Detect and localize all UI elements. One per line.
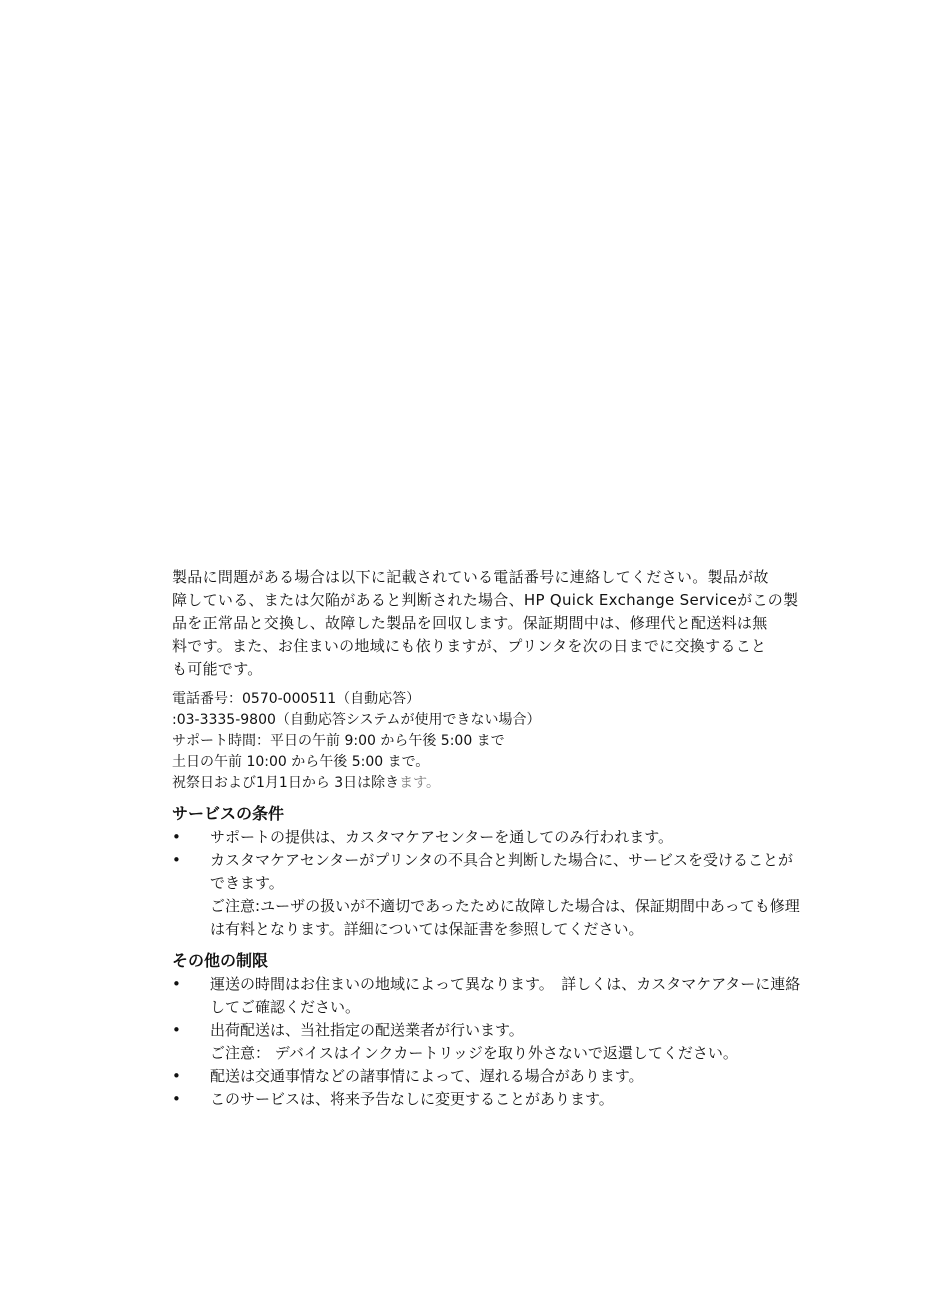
service-conditions-heading: サービスの条件 [172,802,808,826]
service-conditions-note: ご注意:ユーザの扱いが不適切であったために故障した場合は、保証期間中あっても修理… [172,895,808,941]
other-limitations-heading: その他の制限 [172,949,808,973]
intro-line: 障している、または欠陥があると判断された場合、HP Quick Exchange… [172,589,808,612]
list-item-text: サポートの提供は、カスタマケアセンターを通してのみ行われます。 [210,828,673,846]
holiday-exclusion: 祝祭日および1月1日から 3日は除きます。 [172,773,808,794]
bullet-icon: • [172,849,182,872]
note-text: :ユーザの扱いが不適切であったために故障した場合は、保証期間中あっても修理は有料… [210,897,800,938]
intro-line: も可能です。 [172,658,808,681]
list-item-text: カスタマケアセンターがプリンタの不具合と判断した場合に、サービスを受けることがで… [210,851,793,892]
intro-paragraph: 製品に問題がある場合は以下に記載されている電話番号に連絡してください。製品が故 … [172,566,808,681]
list-item-text: 出荷配送は、当社指定の配送業者が行います。 [210,1021,524,1039]
bullet-icon: • [172,1019,182,1042]
list-item-text: このサービスは、将来予告なしに変更することがあります。 [210,1090,614,1108]
other-limitations-list: • 運送の時間はお住まいの地域によって異なります。 詳しくは、カスタマケアターに… [172,973,808,1042]
holiday-exclusion-text: 祝祭日および1月1日から 3日は除き [172,775,399,791]
holiday-exclusion-suffix: ます。 [399,775,440,791]
note-label: ご注意 [210,897,255,915]
phone-number-line: 電話番号：0570-000511（自動応答） [172,689,808,710]
note-label: ご注意： [210,1044,270,1062]
bullet-icon: • [172,973,182,996]
list-item-text: 運送の時間はお住まいの地域によって異なります。 詳しくは、カスタマケアターに連絡… [210,975,800,1016]
intro-line: 料です。また、お住まいの地域にも依りますが、プリンタを次の日までに交換すること [172,635,808,658]
list-item: • 配送は交通事情などの諸事情によって、遅れる場合があります。 [172,1065,808,1088]
list-item: • カスタマケアセンターがプリンタの不具合と判断した場合に、サービスを受けること… [172,849,808,895]
list-item: • このサービスは、将来予告なしに変更することがあります。 [172,1088,808,1111]
intro-line: 製品に問題がある場合は以下に記載されている電話番号に連絡してください。製品が故 [172,566,808,589]
other-limitations-list-continued: • 配送は交通事情などの諸事情によって、遅れる場合があります。 • このサービス… [172,1065,808,1111]
support-hours-saturday: 土日の午前 10:00 から午後 5:00 まで。 [172,752,808,773]
bullet-icon: • [172,1065,182,1088]
service-conditions-list: • サポートの提供は、カスタマケアセンターを通してのみ行われます。 • カスタマ… [172,826,808,895]
document-page: 製品に問題がある場合は以下に記載されている電話番号に連絡してください。製品が故 … [172,566,808,1111]
intro-line: 品を正常品と交換し、故障した製品を回収します。保証期間中は、修理代と配送料は無 [172,612,808,635]
list-item: • 運送の時間はお住まいの地域によって異なります。 詳しくは、カスタマケアターに… [172,973,808,1019]
support-hours-weekday: サポート時間：平日の午前 9:00 から午後 5:00 まで [172,731,808,752]
alt-phone-number-line: :03-3335-9800（自動応答システムが使用できない場合） [172,710,808,731]
list-item: • サポートの提供は、カスタマケアセンターを通してのみ行われます。 [172,826,808,849]
bullet-icon: • [172,1088,182,1111]
list-item-text: 配送は交通事情などの諸事情によって、遅れる場合があります。 [210,1067,644,1085]
note-text: デバイスはインクカートリッジを取り外さないで返還してください。 [270,1044,738,1062]
contact-info: 電話番号：0570-000511（自動応答） :03-3335-9800（自動応… [172,689,808,794]
bullet-icon: • [172,826,182,849]
other-limitations-note: ご注意： デバイスはインクカートリッジを取り外さないで返還してください。 [172,1042,808,1065]
list-item: • 出荷配送は、当社指定の配送業者が行います。 [172,1019,808,1042]
